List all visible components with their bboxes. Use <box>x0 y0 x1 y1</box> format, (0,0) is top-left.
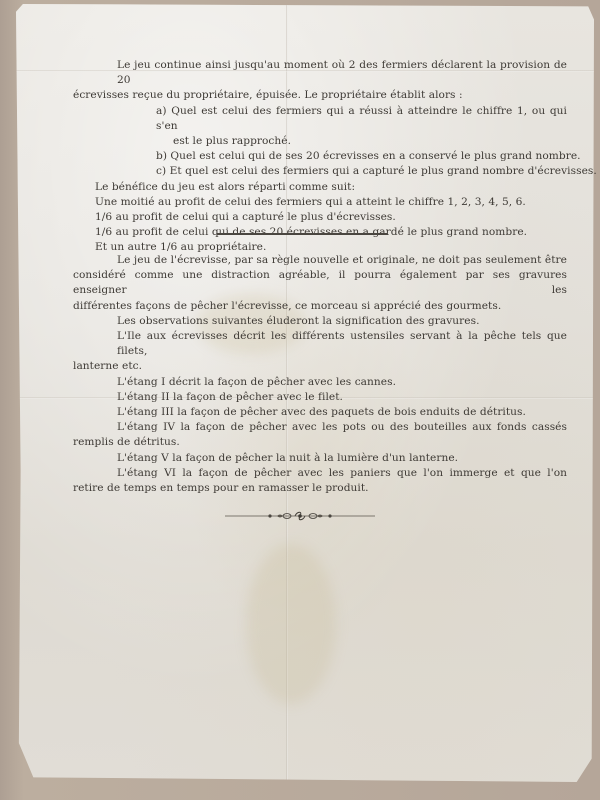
distribution-line: 1/6 au profit de celui qui a capturé le … <box>95 210 567 225</box>
paragraph-line: Le jeu de l'écrevisse, par sa règle nouv… <box>95 253 567 268</box>
paragraph-line: Le bénéfice du jeu est alors réparti com… <box>95 180 567 195</box>
pond-description: L'étang II la façon de pêcher avec le fi… <box>95 390 567 405</box>
pond-description: L'étang I décrit la façon de pêcher avec… <box>95 375 567 390</box>
list-item-c: c) Et quel est celui des fermiers qui a … <box>95 164 567 179</box>
paper-stain <box>246 544 336 704</box>
paragraph-line: Les observations suivantes éluderont la … <box>95 314 567 329</box>
pond-description-continued: retire de temps en temps pour en ramasse… <box>73 481 567 496</box>
pond-description: L'étang VI la façon de pêcher avec les p… <box>95 466 567 481</box>
pond-description: L'étang IV la façon de pêcher avec les p… <box>95 420 567 435</box>
pond-description: L'étang III la façon de pêcher avec des … <box>95 405 567 420</box>
distribution-line: Une moitié au profit de celui des fermie… <box>95 195 567 210</box>
pond-description: L'étang V la façon de pêcher la nuit à l… <box>95 451 567 466</box>
flourish-ornament-icon <box>225 510 375 522</box>
game-rules-section: Le jeu continue ainsi jusqu'au moment où… <box>95 58 567 256</box>
list-item-a: a) Quel est celui des fermiers qui a réu… <box>95 104 567 134</box>
paragraph-line: Le jeu continue ainsi jusqu'au moment où… <box>95 58 567 88</box>
pond-description-continued: remplis de détritus. <box>73 435 567 450</box>
paragraph-line: considéré comme une distraction agréable… <box>73 268 567 298</box>
list-item-a-continued: est le plus rapproché. <box>95 134 567 149</box>
paragraph-line: différentes façons de pêcher l'écrevisse… <box>73 299 567 314</box>
list-item-b: b) Quel est celui qui de ses 20 écreviss… <box>95 149 567 164</box>
paragraph-line: L'Ile aux écrevisses décrit les différen… <box>95 329 567 359</box>
divider-rule <box>217 233 387 235</box>
paragraph-line: lanterne etc. <box>73 359 567 374</box>
paragraph-line: écrevisses reçue du propriétaire, épuisé… <box>73 88 567 103</box>
engravings-explanation-section: Le jeu de l'écrevisse, par sa règle nouv… <box>95 253 567 496</box>
